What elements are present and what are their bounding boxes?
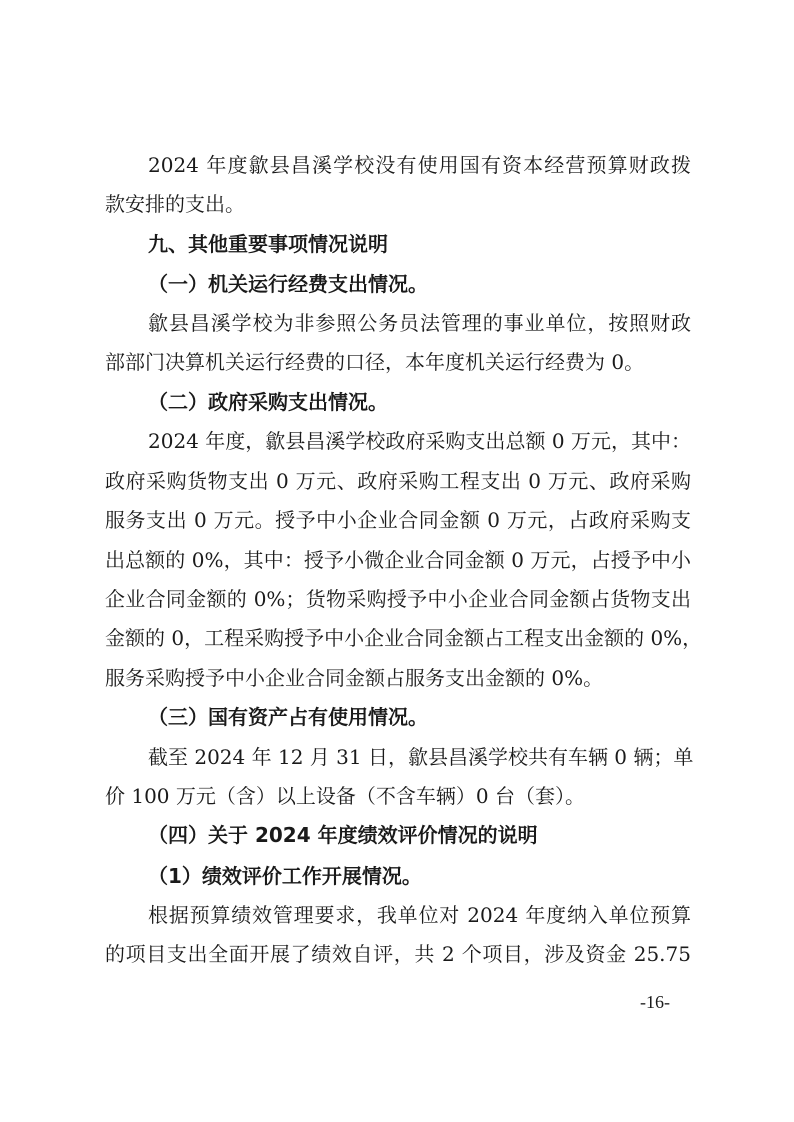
section-heading: 九、其他重要事项情况说明 [148, 228, 388, 260]
paragraph-first-line: 截至 2024 年 12 月 31 日，歙县昌溪学校共有车辆 0 辆；单 [148, 741, 691, 773]
section-heading: （1）绩效评价工作开展情况。 [148, 860, 422, 892]
body-line: 金额的 0，工程采购授予中小企业合同金额占工程支出金额的 0%， [105, 622, 691, 654]
paragraph-last-line: 款安排的支出。 [105, 188, 691, 220]
paragraph-first-line: 根据预算绩效管理要求，我单位对 2024 年度纳入单位预算 [148, 899, 691, 931]
paragraph-first-line: 歙县昌溪学校为非参照公务员法管理的事业单位，按照财政 [148, 307, 691, 339]
page-number: -16- [640, 992, 670, 1013]
body-line: 的项目支出全面开展了绩效自评，共 2 个项目，涉及资金 25.75 [105, 938, 691, 970]
paragraph-first-line: 2024 年度歙县昌溪学校没有使用国有资本经营预算财政拨 [148, 149, 691, 181]
section-heading: （二）政府采购支出情况。 [148, 386, 388, 418]
paragraph-first-line: 2024 年度，歙县昌溪学校政府采购支出总额 0 万元，其中： [148, 425, 691, 457]
body-line: 出总额的 0%，其中：授予小微企业合同金额 0 万元，占授予中小 [105, 544, 691, 576]
paragraph-last-line: 部部门决算机关运行经费的口径，本年度机关运行经费为 0。 [105, 346, 691, 378]
section-heading: （三）国有资产占有使用情况。 [148, 701, 428, 733]
document-page: 2024 年度歙县昌溪学校没有使用国有资本经营预算财政拨款安排的支出。九、其他重… [0, 0, 794, 1122]
paragraph-last-line: 价 100 万元（含）以上设备（不含车辆）0 台（套）。 [105, 780, 691, 812]
section-heading: （四）关于 2024 年度绩效评价情况的说明 [148, 819, 538, 851]
body-line: 企业合同金额的 0%；货物采购授予中小企业合同金额占货物支出 [105, 583, 691, 615]
body-line: 服务支出 0 万元。授予中小企业合同金额 0 万元，占政府采购支 [105, 504, 691, 536]
paragraph-last-line: 服务采购授予中小企业合同金额占服务支出金额的 0%。 [105, 662, 691, 694]
section-heading: （一）机关运行经费支出情况。 [148, 268, 428, 300]
body-line: 政府采购货物支出 0 万元、政府采购工程支出 0 万元、政府采购 [105, 465, 691, 497]
